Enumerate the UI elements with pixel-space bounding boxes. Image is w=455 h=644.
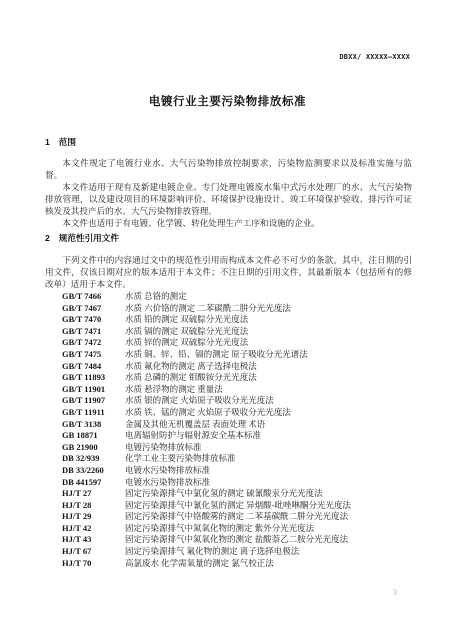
reference-row: DB 441597 电镀水污染物排放标准 [62, 477, 412, 489]
reference-title: 水质 悬浮物的测定 重量法 [125, 384, 223, 396]
reference-code: HJ/T 27 [62, 488, 125, 500]
reference-title: 固定污染源排气中铬酸雾的测定 二苯基碳酰二肼分光光度法 [125, 511, 348, 523]
reference-row: GB/T 7472 水质 锌的测定 双硫腙分光光度法 [62, 337, 412, 349]
reference-row: GB 18871 电离辐射防护与辐射源安全基本标准 [62, 430, 412, 442]
reference-row: HJ/T 70 高氯废水 化学需氧量的测定 氯气校正法 [62, 558, 412, 570]
reference-code: DB 32/939 [62, 453, 125, 465]
reference-title: 电镀水污染物排放标准 [125, 465, 210, 477]
reference-code: GB/T 7475 [62, 349, 125, 361]
reference-title: 电镀水污染物排放标准 [125, 477, 210, 489]
reference-row: GB/T 11901 水质 悬浮物的测定 重量法 [62, 384, 412, 396]
reference-code: GB/T 7484 [62, 361, 125, 373]
reference-title: 水质 氟化物的测定 离子选择电极法 [125, 361, 257, 373]
reference-title: 水质 六价铬的测定 二苯碳酰二肼分光光度法 [125, 303, 291, 315]
reference-code: GB/T 7467 [62, 303, 125, 315]
document-page: DBXX/ XXXXX—XXXX 电镀行业主要污染物排放标准 1范围 本文件规定… [0, 0, 455, 644]
reference-title: 水质 总磷的测定 钼酸铵分光光度法 [125, 372, 257, 384]
paragraph: 本文件适用于现有及新建电镀企业、专门处理电镀废水集中式污水处理厂的水、大气污染物… [45, 181, 412, 217]
reference-code: GB/T 7471 [62, 326, 125, 338]
section-2-title: 规范性引用文件 [59, 233, 119, 243]
reference-title: 化学工业主要污染物排放标准 [125, 453, 236, 465]
reference-title: 固定污染源排气中氮氧化物的测定 紫外分光光度法 [125, 523, 314, 535]
reference-title: 金属及其他无机覆盖层 表面处理 术语 [125, 419, 265, 431]
reference-title: 固定污染源排气 氟化物的测定 离子选择电极法 [125, 546, 299, 558]
reference-title: 水质 锌的测定 双硫腙分光光度法 [125, 337, 248, 349]
reference-title: 水质 镉的测定 双硫腙分光光度法 [125, 326, 248, 338]
reference-title: 电镀污染物排放标准 [125, 442, 202, 454]
reference-code: HJ/T 28 [62, 500, 125, 512]
reference-code: HJ/T 42 [62, 523, 125, 535]
reference-code: GB/T 11893 [62, 372, 125, 384]
reference-code: GB/T 11907 [62, 395, 125, 407]
reference-row: GB/T 7466 水质 总铬的测定 [62, 291, 412, 303]
reference-row: GB/T 7475 水质 铜、锌、铅、镉的测定 原子吸收分光光谱法 [62, 349, 412, 361]
reference-code: GB/T 11901 [62, 384, 125, 396]
page-title: 电镀行业主要污染物排放标准 [0, 93, 455, 109]
section-1-heading: 1范围 [45, 136, 76, 148]
reference-code: GB/T 7466 [62, 291, 125, 303]
reference-list: GB/T 7466 水质 总铬的测定 GB/T 7467 水质 六价铬的测定 二… [62, 291, 412, 569]
reference-row: HJ/T 29 固定污染源排气中铬酸雾的测定 二苯基碳酰二肼分光光度法 [62, 511, 412, 523]
reference-title: 水质 铅的测定 双硫腙分光光度法 [125, 314, 248, 326]
section-2-intro: 下列文件中的内容通过文中的规范性引用而构成本文件必不可少的条款。其中，注日期的引… [45, 254, 412, 290]
section-2-heading: 2规范性引用文件 [45, 232, 119, 244]
reference-title: 水质 铜、锌、铅、镉的测定 原子吸收分光光谱法 [125, 349, 308, 361]
section-2-number: 2 [45, 233, 50, 243]
paragraph: 本文件规定了电镀行业水、大气污染物排放控制要求，污染物监测要求以及标准实施与监督… [45, 157, 412, 181]
reference-row: HJ/T 28 固定污染源排气中氰化氢的测定 异烟酸-吡唑啉酮分光光度法 [62, 500, 412, 512]
page-number: 3 [393, 588, 397, 597]
reference-code: GB/T 7472 [62, 337, 125, 349]
reference-row: GB 21900 电镀污染物排放标准 [62, 442, 412, 454]
reference-row: HJ/T 42 固定污染源排气中氮氧化物的测定 紫外分光光度法 [62, 523, 412, 535]
reference-row: HJ/T 67 固定污染源排气 氟化物的测定 离子选择电极法 [62, 546, 412, 558]
reference-code: HJ/T 29 [62, 511, 125, 523]
reference-row: DB 33/2260 电镀水污染物排放标准 [62, 465, 412, 477]
standard-code: DBXX/ XXXXX—XXXX [339, 53, 410, 61]
reference-row: GB/T 7467 水质 六价铬的测定 二苯碳酰二肼分光光度法 [62, 303, 412, 315]
reference-row: DB 32/939 化学工业主要污染物排放标准 [62, 453, 412, 465]
reference-row: GB/T 3138 金属及其他无机覆盖层 表面处理 术语 [62, 419, 412, 431]
reference-row: GB/T 11907 水质 银的测定 火焰原子吸收分光光度法 [62, 395, 412, 407]
reference-row: GB/T 7471 水质 镉的测定 双硫腙分光光度法 [62, 326, 412, 338]
reference-title: 高氯废水 化学需氧量的测定 氯气校正法 [125, 558, 274, 570]
reference-code: DB 33/2260 [62, 465, 125, 477]
reference-title: 水质 总铬的测定 [125, 291, 187, 303]
reference-code: GB/T 3138 [62, 419, 125, 431]
paragraph: 本文件也适用于有电镀、化学镀、转化处理生产工序和设施的企业。 [45, 217, 412, 229]
paragraph: 下列文件中的内容通过文中的规范性引用而构成本文件必不可少的条款。其中，注日期的引… [45, 254, 412, 290]
reference-row: GB/T 7484 水质 氟化物的测定 离子选择电极法 [62, 361, 412, 373]
reference-code: GB/T 11911 [62, 407, 125, 419]
reference-row: HJ/T 43 固定污染源排气中氮氧化物的测定 盐酸萘乙二胺分光光度法 [62, 534, 412, 546]
reference-code: HJ/T 70 [62, 558, 125, 570]
reference-code: DB 441597 [62, 477, 125, 489]
reference-title: 固定污染源排气中氯化氢的测定 硫氰酸汞分光光度法 [125, 488, 323, 500]
reference-row: GB/T 7470 水质 铅的测定 双硫腙分光光度法 [62, 314, 412, 326]
section-1-title: 范围 [59, 137, 76, 147]
reference-row: GB/T 11893 水质 总磷的测定 钼酸铵分光光度法 [62, 372, 412, 384]
section-1-body: 本文件规定了电镀行业水、大气污染物排放控制要求，污染物监测要求以及标准实施与监督… [45, 157, 412, 229]
reference-row: HJ/T 27 固定污染源排气中氯化氢的测定 硫氰酸汞分光光度法 [62, 488, 412, 500]
reference-code: HJ/T 43 [62, 534, 125, 546]
section-1-number: 1 [45, 137, 50, 147]
reference-code: GB 21900 [62, 442, 125, 454]
reference-row: GB/T 11911 水质 铁、锰的测定 火焰原子吸收分光光度法 [62, 407, 412, 419]
reference-code: GB 18871 [62, 430, 125, 442]
reference-title: 固定污染源排气中氮氧化物的测定 盐酸萘乙二胺分光光度法 [125, 534, 348, 546]
reference-title: 水质 银的测定 火焰原子吸收分光光度法 [125, 395, 274, 407]
reference-title: 电离辐射防护与辐射源安全基本标准 [125, 430, 261, 442]
reference-code: HJ/T 67 [62, 546, 125, 558]
reference-title: 水质 铁、锰的测定 火焰原子吸收分光光度法 [125, 407, 291, 419]
document-header: DBXX/ XXXXX—XXXX [339, 53, 410, 61]
reference-title: 固定污染源排气中氰化氢的测定 异烟酸-吡唑啉酮分光光度法 [125, 500, 351, 512]
reference-code: GB/T 7470 [62, 314, 125, 326]
